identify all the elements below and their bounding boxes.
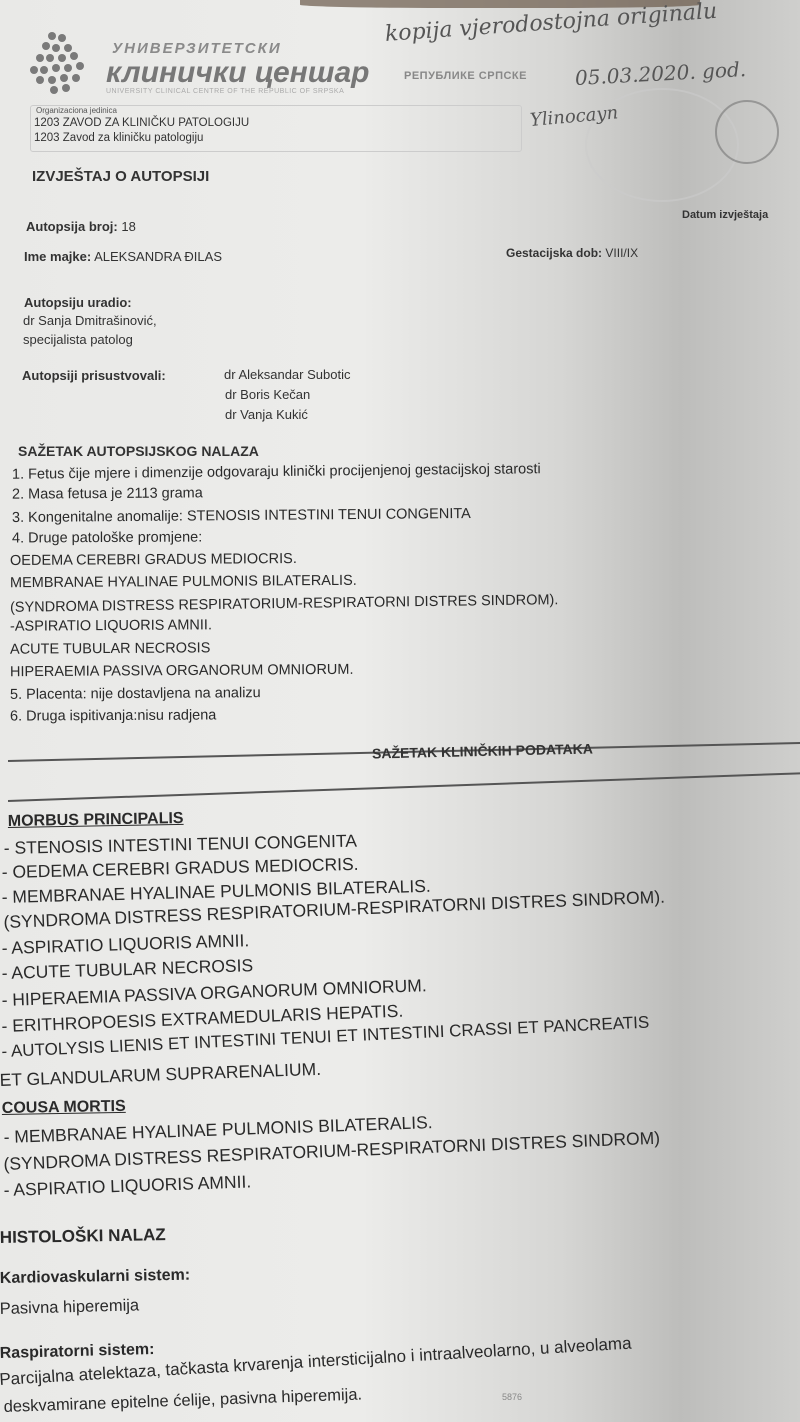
attendee: dr Aleksandar Subotic [224, 367, 350, 382]
mother-name: Ime majke: ALEKSANDRA ĐILAS [24, 249, 222, 264]
cardio-text: Pasivna hiperemija [0, 1296, 139, 1319]
institution-name-line1: УНИВЕРЗИТЕТСКИ [112, 40, 282, 57]
resp-text-2: deskvamirane epitelne ćelije, pasivna hi… [3, 1385, 362, 1417]
handwritten-note: kopija vjerodostojna originalu [384, 0, 718, 47]
autopsy-number-value: 18 [121, 219, 135, 234]
summary-line: ACUTE TUBULAR NECROSIS [10, 640, 210, 657]
performed-by-name: dr Sanja Dmitrašinović, [23, 313, 157, 328]
gestational-age-label: Gestacijska dob: [506, 246, 602, 260]
org-unit-label: Organizaciona jedinica [36, 106, 117, 115]
causa-heading: COUSA MORTIS [2, 1098, 126, 1118]
summary-line: 3. Kongenitalne anomalije: STENOSIS INTE… [12, 506, 471, 526]
report-date-label: Datum izvještaja [682, 209, 768, 221]
cardio-label: Kardiovaskularni sistem: [0, 1267, 190, 1288]
page-title: IZVJEŠTAJ O AUTOPSIJI [32, 168, 209, 185]
signature-mark-icon [715, 100, 779, 164]
causa-line: - ASPIRATIO LIQUORIS AMNII. [3, 1171, 251, 1201]
clinical-heading: SAŽETAK KLINIČKIH PODATAKA [372, 740, 593, 761]
autopsy-number: Autopsija broj: 18 [26, 219, 136, 234]
org-unit-line1: 1203 ZAVOD ZA KLINIČKU PATOLOGIJU [34, 117, 249, 129]
attendee: dr Vanja Kukić [225, 407, 308, 422]
summary-line: MEMBRANAE HYALINAE PULMONIS BILATERALIS. [10, 573, 357, 591]
institution-name-line3: РЕПУБЛИКЕ СРПСКЕ [404, 70, 527, 82]
mother-name-label: Ime majke: [24, 249, 91, 264]
handwritten-date: 05.03.2020. god. [574, 57, 746, 90]
institution-name-english: UNIVERSITY CLINICAL CENTRE OF THE REPUBL… [106, 88, 344, 95]
morbus-line: ET GLANDULARUM SUPRARENALIUM. [0, 1059, 321, 1091]
autopsy-number-label: Autopsija broj: [26, 219, 118, 234]
summary-line: 6. Druga ispitivanja:nisu radjena [10, 707, 216, 724]
gestational-age: Gestacijska dob: VIII/IX [506, 246, 638, 260]
morbus-line: - ACUTE TUBULAR NECROSIS [1, 955, 253, 984]
summary-line: (SYNDROMA DISTRESS RESPIRATORIUM-RESPIRA… [10, 592, 559, 616]
gestational-age-value: VIII/IX [605, 246, 638, 260]
summary-line: 4. Druge patološke promjene: [12, 530, 202, 547]
performed-by-title: specijalista patolog [23, 332, 133, 347]
histology-heading: HISTOLOŠKI NALAZ [0, 1225, 166, 1248]
institution-name-line2: клинички ценшар [106, 56, 369, 90]
mother-name-value: ALEKSANDRA ĐILAS [94, 249, 222, 264]
autopsy-report-page: УНИВЕРЗИТЕТСКИ клинички ценшар РЕПУБЛИКЕ… [0, 0, 800, 1422]
institution-logo-icon [28, 32, 98, 98]
resp-label: Raspiratorni sistem: [0, 1341, 155, 1363]
morbus-heading: MORBUS PRINCIPALIS [8, 810, 184, 831]
summary-line: -ASPIRATIO LIQUORIS AMNII. [10, 617, 212, 634]
summary-line: 5. Placenta: nije dostavljena na analizu [10, 685, 261, 703]
divider-bottom [8, 772, 800, 801]
attendee: dr Boris Kečan [225, 387, 310, 402]
watermark-fragment: 5876 [502, 1392, 522, 1402]
summary-line: OEDEMA CEREBRI GRADUS MEDIOCRIS. [10, 551, 297, 569]
summary-heading: SAŽETAK AUTOPSIJSKOG NALAZA [18, 443, 259, 459]
summary-line: 2. Masa fetusa je 2113 grama [12, 485, 203, 502]
org-unit-line2: 1203 Zavod za kliničku patologiju [34, 132, 203, 144]
summary-line: HIPERAEMIA PASSIVA ORGANORUM OMNIORUM. [10, 662, 354, 680]
performed-by-label: Autopsiju uradio: [24, 295, 132, 310]
summary-line: 1. Fetus čije mjere i dimenzije odgovara… [12, 461, 541, 483]
morbus-line: - ASPIRATIO LIQUORIS AMNII. [1, 930, 249, 959]
attended-label: Autopsiji prisustvovali: [22, 368, 166, 383]
